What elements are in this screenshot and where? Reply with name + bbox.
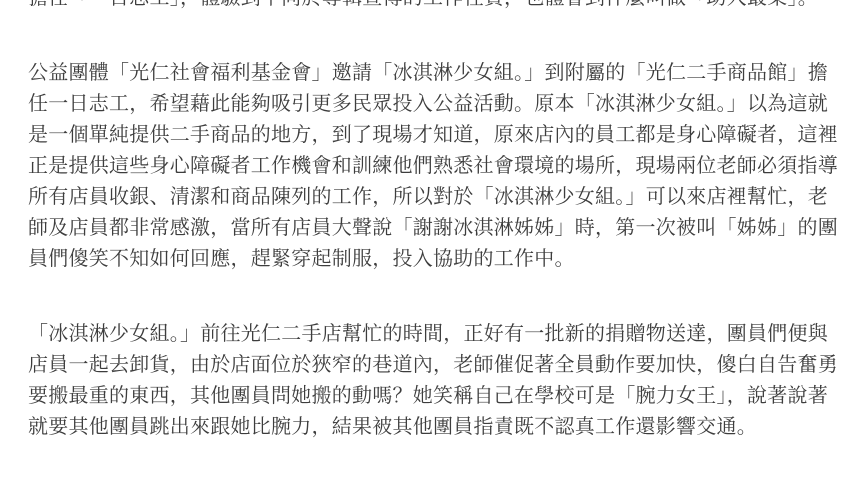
text-line: 店員一起去卸貨，由於店面位於狹窄的巷道內，老師催促著全員動作要加快，傻白自告奮勇 <box>28 349 840 380</box>
document-page: 擔任「一日志工」，體驗到不同於專輯宣傳的工作性質，也體會到什麼叫做「助人最樂」。… <box>0 0 860 480</box>
paragraph-top-clipped: 擔任「一日志工」，體驗到不同於專輯宣傳的工作性質，也體會到什麼叫做「助人最樂」。 <box>28 0 840 13</box>
text-line: 員們傻笑不知如何回應，趕緊穿起制服，投入協助的工作中。 <box>28 243 840 274</box>
paragraph-volunteer-day: 公益團體「光仁社會福利基金會」邀請「冰淇淋少女組。」到附屬的「光仁二手商品館」擔… <box>28 57 840 274</box>
text-line: 擔任「一日志工」，體驗到不同於專輯宣傳的工作性質，也體會到什麼叫做「助人最樂」。 <box>28 0 840 13</box>
text-line: 所有店員收銀、清潔和商品陳列的工作，所以對於「冰淇淋少女組。」可以來店裡幫忙，老 <box>28 181 840 212</box>
text-line: 正是提供這些身心障礙者工作機會和訓練他們熟悉社會環境的場所，現場兩位老師必須指導 <box>28 150 840 181</box>
text-line: 師及店員都非常感激，當所有店員大聲說「謝謝冰淇淋姊姊」時，第一次被叫「姊姊」的團 <box>28 212 840 243</box>
text-line: 就要其他團員跳出來跟她比腕力，結果被其他團員指責既不認真工作還影響交通。 <box>28 411 840 442</box>
text-line: 公益團體「光仁社會福利基金會」邀請「冰淇淋少女組。」到附屬的「光仁二手商品館」擔 <box>28 57 840 88</box>
text-line: 是一個單純提供二手商品的地方，到了現場才知道，原來店內的員工都是身心障礙者，這裡 <box>28 119 840 150</box>
text-line: 「冰淇淋少女組。」前往光仁二手店幫忙的時間，正好有一批新的捐贈物送達，團員們便與 <box>28 318 840 349</box>
text-line: 要搬最重的東西，其他團員問她搬的動嗎？她笑稱自己在學校可是「腕力女王」，說著說著 <box>28 380 840 411</box>
document-body: 擔任「一日志工」，體驗到不同於專輯宣傳的工作性質，也體會到什麼叫做「助人最樂」。… <box>28 0 840 480</box>
text-line: 任一日志工，希望藉此能夠吸引更多民眾投入公益活動。原本「冰淇淋少女組。」以為這就 <box>28 88 840 119</box>
paragraph-unloading-goods: 「冰淇淋少女組。」前往光仁二手店幫忙的時間，正好有一批新的捐贈物送達，團員們便與… <box>28 318 840 442</box>
